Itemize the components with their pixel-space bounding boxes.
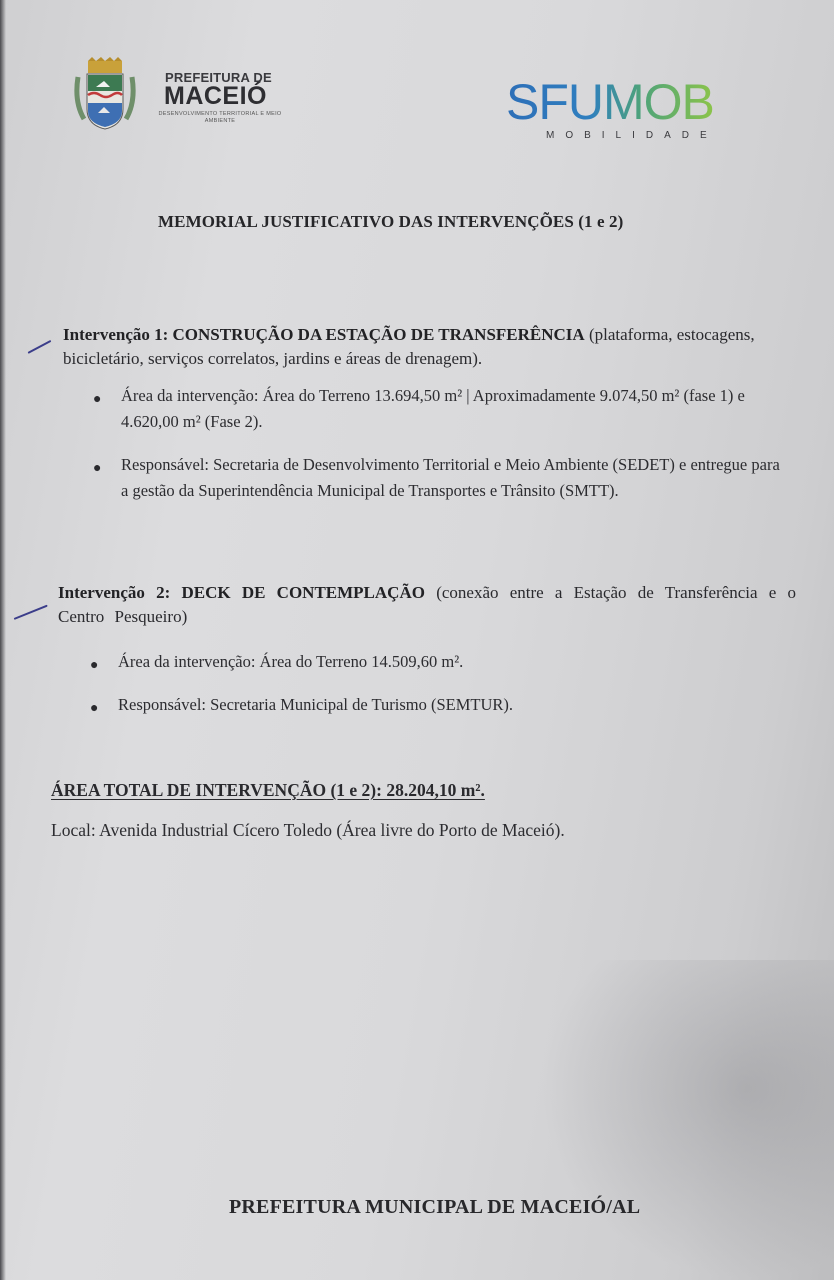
intervention-2-bullets: ● Área da intervenção: Área do Terreno 1… — [85, 649, 785, 735]
logo-text-maceio: MACEIÓ — [164, 82, 267, 111]
bullet-icon: ● — [90, 696, 98, 722]
sfumob-logo: SFUMOB MOBILIDADE — [500, 70, 740, 150]
sfumob-wordmark: SFUMOB — [506, 72, 714, 132]
prefeitura-logo: PREFEITURA DE MACEIÓ DESENVOLVIMENTO TER… — [70, 55, 300, 135]
list-item: ● Área da intervenção: Área do Terreno 1… — [85, 649, 785, 675]
pen-mark-1 — [28, 340, 52, 354]
location: Local: Avenida Industrial Cícero Toledo … — [51, 820, 565, 841]
list-item: ● Responsável: Secretaria Municipal de T… — [85, 692, 785, 718]
intervention-1-heading: Intervenção 1: CONSTRUÇÃO DA ESTAÇÃO DE … — [63, 323, 778, 371]
page-edge-shadow — [0, 0, 6, 1280]
intervention-1-bullets: ● Área da intervenção: Área do Terreno 1… — [88, 383, 788, 521]
intervention-2-name: DECK DE CONTEMPLAÇÃO — [182, 583, 425, 602]
intervention-1-label: Intervenção 1: — [63, 325, 168, 344]
bullet-icon: ● — [90, 653, 98, 679]
list-item: ● Área da intervenção: Área do Terreno 1… — [88, 383, 788, 435]
bullet-icon: ● — [93, 387, 101, 413]
intervention-2-heading: Intervenção 2: DECK DE CONTEMPLAÇÃO (con… — [58, 581, 796, 629]
document-title: MEMORIAL JUSTIFICATIVO DAS INTERVENÇÕES … — [158, 212, 623, 232]
intervention-2-label: Intervenção 2: — [58, 583, 170, 602]
photo-shadow — [540, 960, 834, 1280]
list-item: ● Responsável: Secretaria de Desenvolvim… — [88, 452, 788, 504]
logo-text-department: DESENVOLVIMENTO TERRITORIAL E MEIO AMBIE… — [150, 111, 290, 125]
footer-signature: PREFEITURA MUNICIPAL DE MACEIÓ/AL — [229, 1196, 640, 1219]
coat-of-arms-icon — [74, 57, 136, 131]
sfumob-subtitle: MOBILIDADE — [546, 130, 718, 141]
pen-mark-2 — [14, 605, 48, 620]
bullet-icon: ● — [93, 456, 101, 482]
total-area: ÁREA TOTAL DE INTERVENÇÃO (1 e 2): 28.20… — [51, 780, 485, 801]
intervention-1-name: CONSTRUÇÃO DA ESTAÇÃO DE TRANSFERÊNCIA — [173, 325, 585, 344]
